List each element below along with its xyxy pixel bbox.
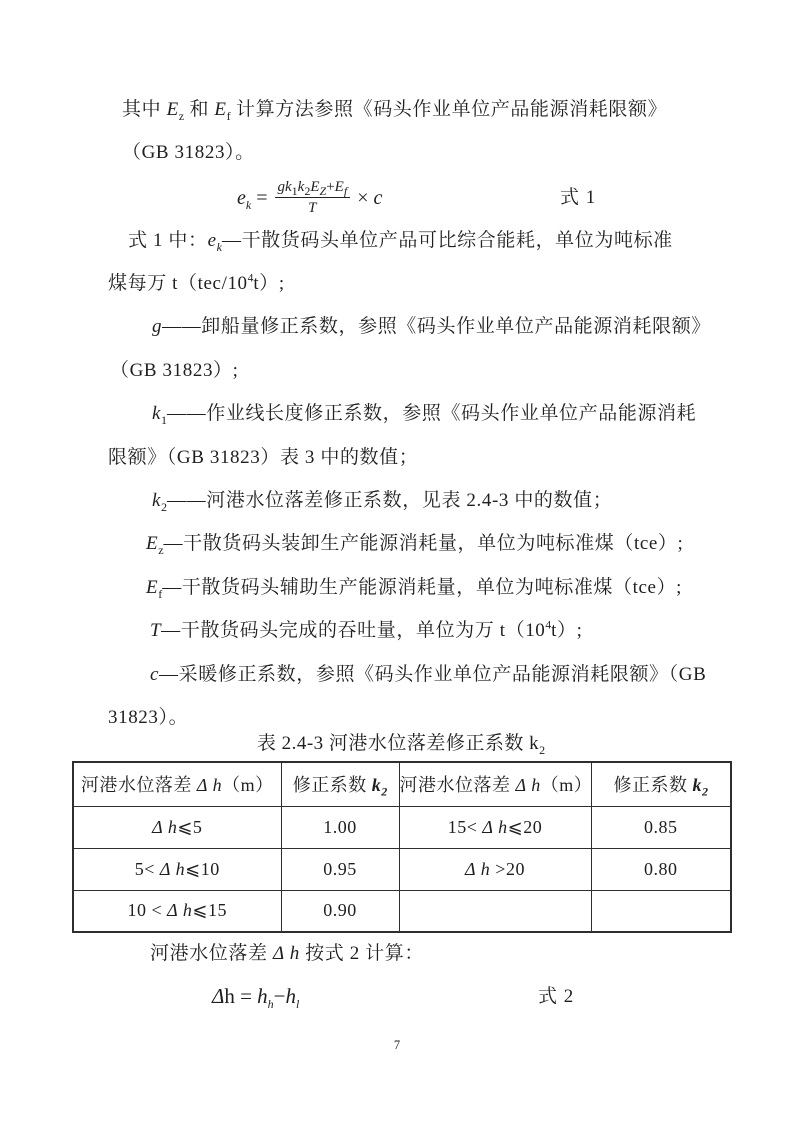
body-line-12: T—干散货码头完成的吞吐量，单位为万 t（104t）;: [108, 609, 583, 652]
table-cell: Δ h⩽5: [73, 806, 281, 848]
table-cell: 0.95: [281, 848, 399, 890]
body-line-4: 煤每万 t（tec/104t）;: [108, 262, 285, 305]
table-cell: 0.85: [591, 806, 731, 848]
formula-2: Δh = hh−hl 式 2: [108, 975, 754, 1018]
body-line-8: 限额》（GB 31823）表 3 中的数值；: [108, 436, 418, 479]
table-header-cell: 修正系数 k2: [281, 762, 399, 806]
body-line-9: k2——河港水位落差修正系数，见表 2.4-3 中的数值；: [108, 479, 612, 522]
page-number: 7: [0, 1038, 794, 1053]
body-line-5: g——卸船量修正系数，参照《码头作业单位产品能源消耗限额》: [108, 305, 711, 348]
table-row: 10 < Δ h⩽15 0.90: [73, 890, 731, 932]
body-line-1: 其中 Ez 和 Ef 计算方法参照《码头作业单位产品能源消耗限额》: [108, 88, 667, 131]
table-cell: 0.90: [281, 890, 399, 932]
table-cell: [591, 890, 731, 932]
table-header-cell: 河港水位落差 Δ h（m）: [73, 762, 281, 806]
table-cell: [399, 890, 591, 932]
body-line-11: Ef—干散货码头辅助生产能源消耗量，单位为吨标准煤（tce）;: [108, 566, 682, 609]
table-row: 5< Δ h⩽10 0.95 Δ h >20 0.80: [73, 848, 731, 890]
table-header-cell: 河港水位落差 Δ h（m）: [399, 762, 591, 806]
body-line-2: （GB 31823）。: [108, 131, 255, 174]
table-cell: 0.80: [591, 848, 731, 890]
table-title: 表 2.4-3 河港水位落差修正系数 k2: [72, 722, 730, 765]
table-cell: 1.00: [281, 806, 399, 848]
table-header-cell: 修正系数 k2: [591, 762, 731, 806]
body-line-15: 河港水位落差 Δ h 按式 2 计算：: [108, 932, 424, 975]
table-cell: 10 < Δ h⩽15: [73, 890, 281, 932]
body-line-3: 式 1 中：ek—干散货码头单位产品可比综合能耗，单位为吨标准: [108, 219, 673, 262]
table-header-row: 河港水位落差 Δ h（m） 修正系数 k2 河港水位落差 Δ h（m） 修正系数…: [73, 762, 731, 806]
formula-2-label: 式 2: [538, 975, 574, 1018]
formula-1-denominator: T: [308, 198, 316, 218]
formula-1-lhs: ek =: [237, 187, 268, 210]
table-cell: 5< Δ h⩽10: [73, 848, 281, 890]
formula-2-expression: Δh = hh−hl: [212, 975, 299, 1018]
document-page: 其中 Ez 和 Ef 计算方法参照《码头作业单位产品能源消耗限额》 （GB 31…: [0, 0, 794, 1123]
formula-1-numerator: gk1k2EZ+Ef: [275, 178, 351, 198]
body-line-6: （GB 31823）;: [108, 349, 239, 392]
table-cell: Δ h >20: [399, 848, 591, 890]
formula-1-fraction: gk1k2EZ+Ef T: [275, 178, 351, 218]
body-line-7: k1——作业线长度修正系数，参照《码头作业单位产品能源消耗: [108, 392, 696, 435]
body-line-10: Ez—干散货码头装卸生产能源消耗量，单位为吨标准煤（tce）;: [108, 522, 683, 565]
body-line-13: c—采暖修正系数，参照《码头作业单位产品能源消耗限额》（GB: [108, 653, 706, 696]
table-cell: 15< Δ h⩽20: [399, 806, 591, 848]
formula-1-rhs: × c: [357, 187, 382, 210]
table-row: Δ h⩽5 1.00 15< Δ h⩽20 0.85: [73, 806, 731, 848]
water-level-correction-table: 河港水位落差 Δ h（m） 修正系数 k2 河港水位落差 Δ h（m） 修正系数…: [72, 761, 732, 933]
